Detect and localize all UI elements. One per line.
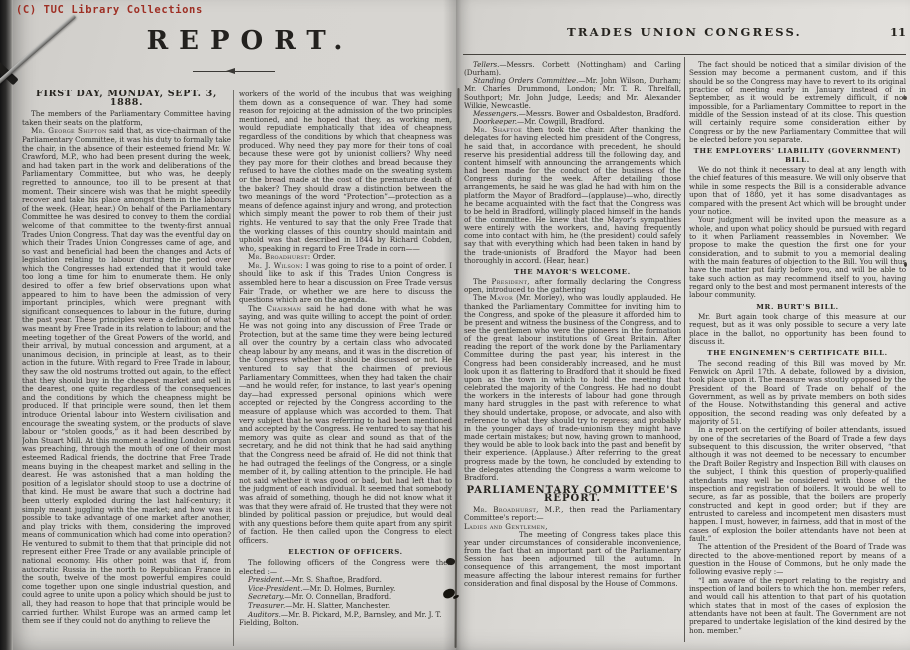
left-page-column-rule <box>233 90 234 646</box>
paragraph: We do not think it necessary to deal at … <box>689 166 906 216</box>
right-page-header-rule <box>463 54 906 55</box>
subhead-enginemens-certificate-bill: THE ENGINEMEN'S CERTIFICATE BILL. <box>689 349 906 357</box>
paragraph: Tellers.—Messrs. Corbett (Nottingham) an… <box>464 61 681 77</box>
paragraph: The second reading of this Bill was move… <box>689 360 906 427</box>
running-head: TRADES UNION CONGRESS. <box>463 25 906 39</box>
paragraph: In a report on the certifying of boiler … <box>689 426 906 543</box>
paragraph: “I am aware of the report relating to th… <box>689 577 906 635</box>
paragraph: The following officers of the Congress w… <box>239 559 452 576</box>
subhead-mr-burts-bill: MR. BURT'S BILL. <box>689 303 906 311</box>
paragraph: The Chairman said he had done with what … <box>239 305 452 546</box>
subhead-mayors-welcome: THE MAYOR'S WELCOME. <box>464 268 681 276</box>
left-page-column-2: workers of the world of the incubus that… <box>239 90 452 648</box>
book-edge-shadow <box>0 0 13 650</box>
paragraph: The fact should be noticed that a simila… <box>689 61 906 144</box>
officer-row: Auditors.—Mr. B. Pickard, M.P., Barnsley… <box>239 611 452 628</box>
ink-speck <box>903 96 907 100</box>
title-divider <box>193 71 275 72</box>
right-page-column-rule <box>684 57 685 642</box>
library-watermark: (C) TUC Library Collections <box>16 4 203 16</box>
paragraph: Your judgment will be invited upon the m… <box>689 216 906 299</box>
paragraph: Mr. George Shipton said that, as vice-ch… <box>22 127 231 625</box>
paragraph: Mr. J. Wilson: I was going to rise to a … <box>239 262 452 305</box>
left-page-column-1: FIRST DAY, MONDAY, SEPT. 3, 1888. The me… <box>22 90 231 648</box>
subhead-parliamentary-committees-report: PARLIAMENTARY COMMITTEE'S REPORT. <box>464 487 681 503</box>
day-heading: FIRST DAY, MONDAY, SEPT. 3, 1888. <box>22 90 231 107</box>
paragraph: Mr. Broadhurst, M.P., then read the Parl… <box>464 506 681 522</box>
paragraph: Standing Orders Committee.—Mr. John Wils… <box>464 77 681 110</box>
right-page-column-1: Tellers.—Messrs. Corbett (Nottingham) an… <box>464 61 681 647</box>
right-page-column-2: The fact should be noticed that a simila… <box>689 61 906 647</box>
scanned-book-spread: (C) TUC Library Collections REPORT. FIRS… <box>0 0 910 650</box>
paragraph: The Mayor (Mr. Morley), who was loudly a… <box>464 294 681 482</box>
paragraph: The attention of the President of the Bo… <box>689 543 906 576</box>
subhead-employers-liability-bill: THE EMPLOYERS' LIABILITY (GOVERNMENT) BI… <box>689 147 906 164</box>
paragraph: Mr. Shaftoe then took the chair. After t… <box>464 126 681 265</box>
page-number: 11 <box>878 25 906 39</box>
paragraph: The members of the Parliamentary Committ… <box>22 110 231 127</box>
paragraph: workers of the world of the incubus that… <box>239 90 452 253</box>
divider-arrow-icon <box>226 68 235 74</box>
ink-speck <box>904 262 907 267</box>
paragraph: Mr. Burt again took charge of this measu… <box>689 313 906 346</box>
paragraph: The President, after formally declaring … <box>464 278 681 294</box>
subhead-election-of-officers: ELECTION OF OFFICERS. <box>239 548 452 557</box>
paragraph: The meeting of Congress takes place this… <box>464 531 681 588</box>
page-title: REPORT. <box>30 26 470 56</box>
